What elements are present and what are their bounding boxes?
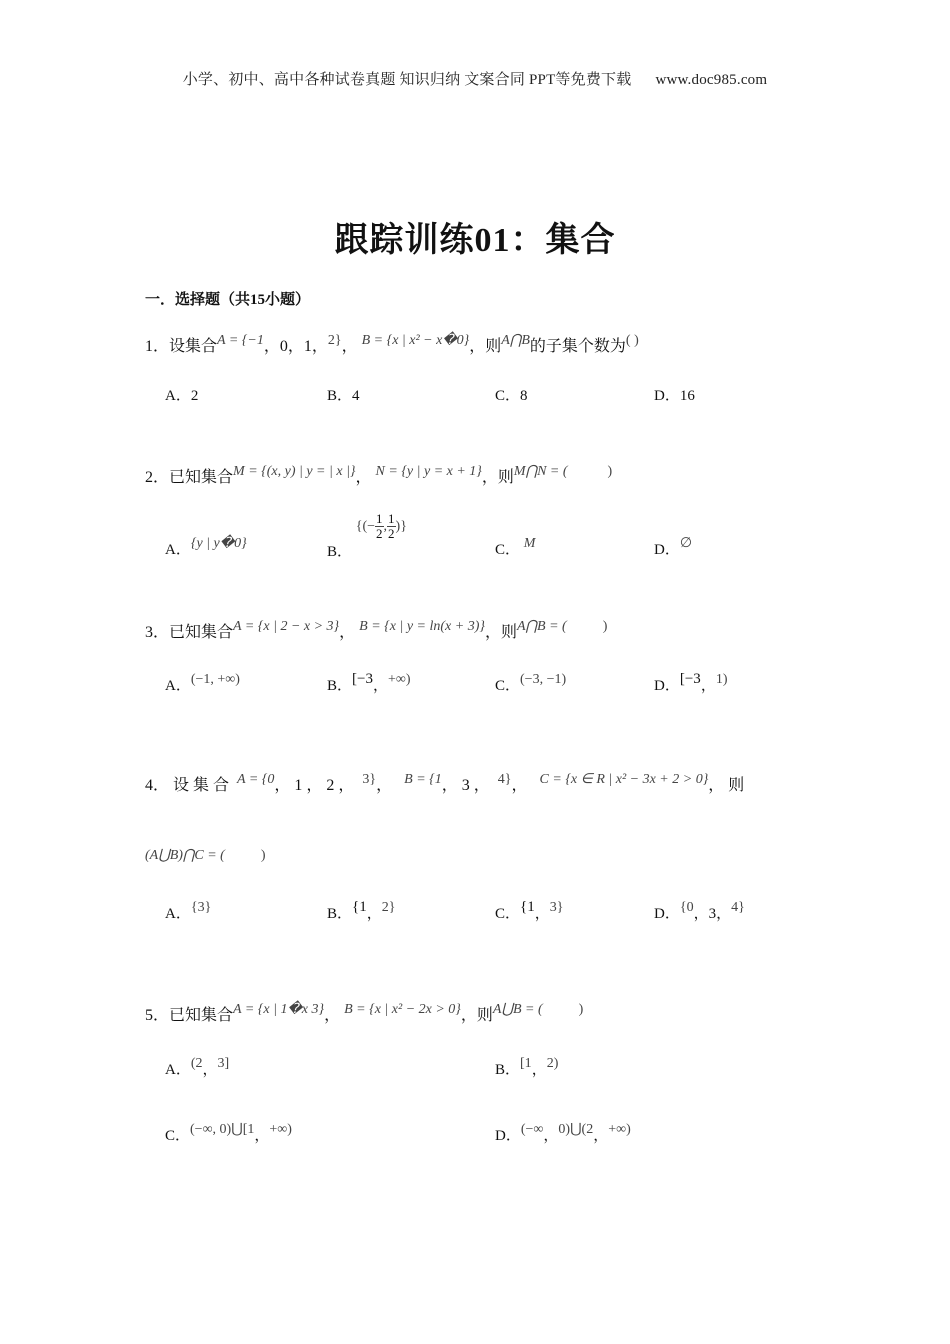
text-fragment: +∞) <box>269 1122 292 1137</box>
question-2-option-a[interactable]: A．{y | y�0} <box>165 538 247 559</box>
text-fragment: B． <box>327 388 352 404</box>
text-fragment: {0 <box>680 900 694 915</box>
text-fragment: D． <box>654 388 680 404</box>
question-4-option-a[interactable]: A．{3} <box>165 902 211 923</box>
question-4-option-d[interactable]: D．{0，3，4} <box>654 902 745 923</box>
question-5-option-b[interactable]: B．[1，2) <box>495 1058 558 1079</box>
text-fragment: 4． <box>145 777 169 794</box>
text-fragment: ，则 <box>461 1007 493 1024</box>
text-fragment: ， <box>203 1062 218 1078</box>
text-fragment: A． <box>165 542 191 558</box>
text-fragment: ， <box>512 777 528 794</box>
text-fragment: ，则 <box>485 624 517 641</box>
text-fragment: M = {(x, y) | y = | x |} <box>233 464 355 479</box>
text-fragment: (−∞ <box>521 1122 544 1137</box>
text-fragment: B． <box>327 678 352 694</box>
text-fragment: ，3， <box>694 906 732 922</box>
text-fragment: A． <box>165 388 191 404</box>
text-fragment: 2) <box>547 1056 559 1071</box>
text-fragment: 设集合 <box>169 338 217 355</box>
text-fragment: 3] <box>218 1056 230 1071</box>
text-fragment: 4 <box>352 388 360 404</box>
question-5-stem: 5．已知集合A = {x | 1�x 3}， B = {x | x² − 2x … <box>145 1002 583 1025</box>
page-header: 小学、初中、高中各种试卷真题 知识归纳 文案合同 PPT等免费下载www.doc… <box>0 68 950 89</box>
text-fragment: B． <box>327 544 352 560</box>
text-fragment: ， <box>339 624 355 641</box>
question-4-stem-line2: (A⋃B)⋂C = () <box>145 846 266 864</box>
text-fragment: ，则 <box>482 469 514 486</box>
text-fragment: ) <box>579 1002 584 1017</box>
text-fragment: C． <box>495 906 520 922</box>
text-fragment: 2 <box>387 527 396 541</box>
question-4-option-c[interactable]: C．{1，3} <box>495 902 563 923</box>
text-fragment: 4} <box>498 772 512 787</box>
text-fragment: ， <box>324 1007 340 1024</box>
text-fragment: A． <box>165 906 191 922</box>
header-text: 小学、初中、高中各种试卷真题 知识归纳 文案合同 PPT等免费下载 <box>183 72 632 88</box>
question-3-option-b[interactable]: B．[−3，+∞) <box>327 674 411 695</box>
text-fragment: {1 <box>520 899 535 915</box>
text-fragment: N = {y | y = x + 1} <box>376 464 482 479</box>
text-fragment: 0)⋃(2 <box>558 1122 593 1137</box>
text-fragment: ，0，1， <box>264 338 328 355</box>
text-fragment: ， <box>356 469 372 486</box>
text-fragment: 3} <box>550 900 564 915</box>
text-fragment: ) <box>608 464 613 479</box>
text-fragment: 1) <box>716 672 728 687</box>
text-fragment: ， 则 <box>708 777 744 794</box>
text-fragment: A = {−1 <box>217 333 264 348</box>
text-fragment: D． <box>654 906 680 922</box>
text-fragment: B． <box>495 1062 520 1078</box>
text-fragment: +∞) <box>388 672 411 687</box>
text-fragment: (2 <box>191 1056 203 1071</box>
text-fragment: {y | y�0} <box>191 536 247 551</box>
text-fragment: 已知集合 <box>169 469 233 486</box>
text-fragment: 1． <box>145 338 169 355</box>
text-fragment: [−3 <box>680 671 701 687</box>
page-title: 跟踪训练01：集合 <box>0 212 950 261</box>
question-2-option-d[interactable]: D．∅ <box>654 538 692 559</box>
text-fragment: ， 1 ， 2 ， <box>274 777 354 794</box>
text-fragment: 5． <box>145 1007 169 1024</box>
text-fragment: ( ) <box>626 333 639 348</box>
question-1-stem: 1．设集合A = {−1，0，1，2}， B = {x | x² − x�0}，… <box>145 333 639 356</box>
text-fragment: A = {x | 1�x 3} <box>233 1002 324 1017</box>
text-fragment: {1 <box>352 899 367 915</box>
question-1-option-a[interactable]: A．2 <box>165 384 198 405</box>
fraction: 12 <box>375 512 384 541</box>
question-3-stem: 3．已知集合A = {x | 2 − x > 3}， B = {x | y = … <box>145 619 607 642</box>
text-fragment: ，则 <box>469 338 501 355</box>
text-fragment: C． <box>165 1128 190 1144</box>
text-fragment: ， <box>593 1128 608 1144</box>
question-4-option-b[interactable]: B．{1，2} <box>327 902 395 923</box>
text-fragment: 2 <box>375 527 384 541</box>
text-fragment: +∞) <box>608 1122 631 1137</box>
text-fragment: {(− <box>356 519 375 534</box>
question-3-option-d[interactable]: D．[−3，1) <box>654 674 728 695</box>
text-fragment: M⋂N = ( <box>514 464 568 479</box>
text-fragment: 8 <box>520 388 528 404</box>
question-1-option-d[interactable]: D．16 <box>654 384 695 405</box>
text-fragment: (−3, −1) <box>520 672 566 687</box>
text-fragment: A． <box>165 1062 191 1078</box>
question-3-option-a[interactable]: A．(−1, +∞) <box>165 674 240 695</box>
text-fragment: B = {x | y = ln(x + 3)} <box>359 619 485 634</box>
text-fragment: ， <box>367 906 382 922</box>
text-fragment: B = {x | x² − 2x > 0} <box>344 1002 461 1017</box>
question-1-option-c[interactable]: C．8 <box>495 384 528 405</box>
text-fragment: 已知集合 <box>169 1007 233 1024</box>
text-fragment: ) <box>261 848 266 863</box>
section-heading: 一．选择题（共15小题） <box>145 288 310 309</box>
text-fragment: C = {x ∈ R | x² − 3x + 2 > 0} <box>540 772 709 787</box>
text-fragment: C． <box>495 388 520 404</box>
text-fragment: A⋂B = ( <box>517 619 567 634</box>
text-fragment: A． <box>165 678 191 694</box>
fraction: 12 <box>387 512 396 541</box>
question-5-option-a[interactable]: A．(2，3] <box>165 1058 229 1079</box>
text-fragment: ， <box>701 678 716 694</box>
text-fragment: ， <box>376 777 392 794</box>
question-4-stem: 4． 设 集 合 A = {0， 1 ， 2 ， 3}， B = {1， 3 ，… <box>145 772 744 795</box>
text-fragment: {3} <box>191 900 211 915</box>
question-2-stem: 2．已知集合M = {(x, y) | y = | x |}， N = {y |… <box>145 464 612 487</box>
text-fragment: B = {x | x² − x�0} <box>362 333 470 348</box>
question-5-option-d[interactable]: D．(−∞，0)⋃(2，+∞) <box>495 1124 631 1145</box>
text-fragment: B． <box>327 906 352 922</box>
text-fragment: D． <box>654 678 680 694</box>
text-fragment: C． <box>495 542 520 558</box>
text-fragment: M <box>524 536 536 551</box>
text-fragment: (−∞, 0)⋃[1 <box>190 1122 254 1137</box>
question-1-option-b[interactable]: B．4 <box>327 384 360 405</box>
text-fragment: 设 集 合 <box>173 777 229 794</box>
text-fragment: ) <box>603 619 608 634</box>
text-fragment: A = {0 <box>237 772 274 787</box>
question-2-option-b[interactable]: B． {(−12,12)} <box>327 512 407 541</box>
text-fragment: 2． <box>145 469 169 486</box>
text-fragment: A = {x | 2 − x > 3} <box>233 619 339 634</box>
text-fragment: ， 3 ， <box>442 777 490 794</box>
text-fragment: C． <box>495 678 520 694</box>
text-fragment: 1 <box>387 512 396 527</box>
text-fragment: 已知集合 <box>169 624 233 641</box>
text-fragment: ， <box>543 1128 558 1144</box>
text-fragment: B = {1 <box>404 772 442 787</box>
text-fragment: ∅ <box>680 536 692 551</box>
text-fragment: ， <box>535 906 550 922</box>
text-fragment: 2} <box>382 900 396 915</box>
text-fragment: ， <box>373 678 388 694</box>
question-3-option-c[interactable]: C．(−3, −1) <box>495 674 566 695</box>
text-fragment: [1 <box>520 1056 532 1071</box>
text-fragment: ， <box>532 1062 547 1078</box>
text-fragment: (A⋃B)⋂C = ( <box>145 848 225 863</box>
text-fragment: 16 <box>680 388 695 404</box>
text-fragment: [−3 <box>352 671 373 687</box>
text-fragment: D． <box>654 542 680 558</box>
text-fragment: 1 <box>375 512 384 527</box>
text-fragment: A⋃B = ( <box>493 1002 543 1017</box>
question-5-option-c[interactable]: C．(−∞, 0)⋃[1，+∞) <box>165 1124 292 1145</box>
text-fragment: ， <box>342 338 358 355</box>
question-2-option-c[interactable]: C． M <box>495 538 535 559</box>
text-fragment: 2 <box>191 388 199 404</box>
text-fragment: A⋂B <box>501 333 530 348</box>
text-fragment: D． <box>495 1128 521 1144</box>
text-fragment: 的子集个数为 <box>530 338 626 355</box>
text-fragment: , <box>384 519 388 534</box>
text-fragment: (−1, +∞) <box>191 672 240 687</box>
text-fragment: ， <box>254 1128 269 1144</box>
text-fragment: 3} <box>362 772 376 787</box>
text-fragment: 3． <box>145 624 169 641</box>
text-fragment: )} <box>396 519 407 534</box>
header-url[interactable]: www.doc985.com <box>655 72 767 88</box>
text-fragment: 2} <box>328 333 342 348</box>
text-fragment: 4} <box>731 900 745 915</box>
